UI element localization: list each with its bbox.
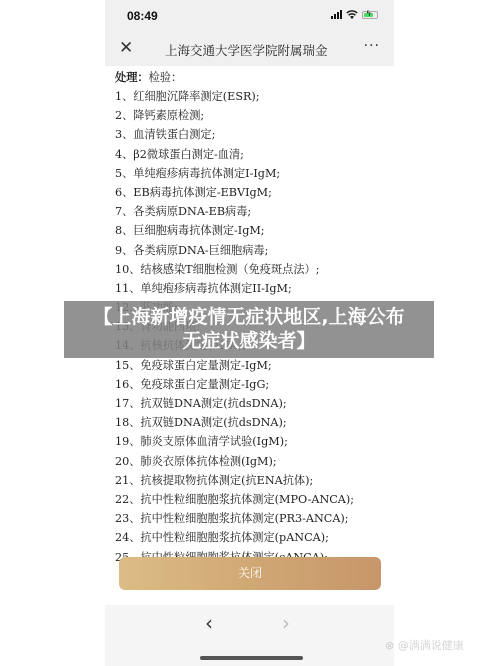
banner-line-2: 无症状感染者】 (64, 329, 434, 353)
list-item: 22、抗中性粒细胞胞浆抗体测定(MPO-ANCA); (115, 490, 390, 509)
treatment-heading: 处理：检验： (115, 68, 390, 87)
browser-nav-bar: ✕ 上海交通大学医学院附属瑞金 ··· (105, 32, 394, 66)
close-button[interactable]: 关闭 (119, 557, 381, 590)
status-time: 08:49 (127, 9, 158, 23)
banner-line-1: 【上海新增疫情无症状地区,上海公布 (64, 305, 434, 329)
wifi-icon (346, 10, 358, 19)
list-item: 3、血清铁蛋白测定; (115, 125, 390, 144)
headline-banner: 【上海新增疫情无症状地区,上海公布 无症状感染者】 (64, 301, 434, 358)
status-bar: 08:49 ϟ (105, 0, 394, 32)
page-title: 上海交通大学医学院附属瑞金 (165, 41, 333, 59)
list-item: 19、肺炎支原体血清学试验(IgM); (115, 432, 390, 451)
list-item: 16、免疫球蛋白定量测定-IgG; (115, 375, 390, 394)
heading-label: 处理： (115, 71, 149, 84)
more-options-icon[interactable]: ··· (364, 38, 380, 54)
heading-value: 检验： (149, 71, 183, 84)
list-item: 10、结核感染T细胞检测（免疫斑点法）; (115, 260, 390, 279)
list-item: 9、各类病原DNA-巨细胞病毒; (115, 241, 390, 260)
top-area: 08:49 ϟ ✕ 上海交通大学医学院附属瑞金 ··· (105, 0, 394, 66)
signal-icon (331, 10, 342, 19)
list-item: 23、抗中性粒细胞胞浆抗体测定(PR3-ANCA); (115, 509, 390, 528)
list-item: 7、各类病原DNA-EB病毒; (115, 202, 390, 221)
battery-charging-icon: ϟ (362, 11, 378, 19)
list-item: 5、单纯疱疹病毒抗体测定I-IgM; (115, 164, 390, 183)
list-item: 18、抗双链DNA测定(抗dsDNA); (115, 413, 390, 432)
close-icon[interactable]: ✕ (119, 38, 133, 58)
list-item: 17、抗双链DNA测定(抗dsDNA); (115, 394, 390, 413)
list-item: 8、巨细胞病毒抗体测定-IgM; (115, 221, 390, 240)
list-item: 11、单纯疱疹病毒抗体测定II-IgM; (115, 279, 390, 298)
list-item: 1、红细胞沉降率测定(ESR); (115, 87, 390, 106)
list-item: 21、抗核提取物抗体测定(抗ENA抗体); (115, 471, 390, 490)
back-arrow-icon[interactable]: ‹ (205, 611, 213, 635)
list-item: 4、β2微球蛋白测定-血清; (115, 145, 390, 164)
list-item: 20、肺炎衣原体抗体检测(IgM); (115, 452, 390, 471)
forward-arrow-icon[interactable]: › (282, 611, 290, 635)
watermark: ⊗ @满满说健康 (385, 637, 464, 653)
home-indicator[interactable] (200, 656, 303, 660)
status-icons: ϟ (331, 10, 378, 19)
list-item: 2、降钙素原检测; (115, 106, 390, 125)
list-item: 24、抗中性粒细胞胞浆抗体测定(pANCA); (115, 528, 390, 547)
list-item: 15、免疫球蛋白定量测定-IgM; (115, 356, 390, 375)
list-item: 6、EB病毒抗体测定-EBVIgM; (115, 183, 390, 202)
bottom-nav-bar: ‹ › (105, 605, 394, 666)
